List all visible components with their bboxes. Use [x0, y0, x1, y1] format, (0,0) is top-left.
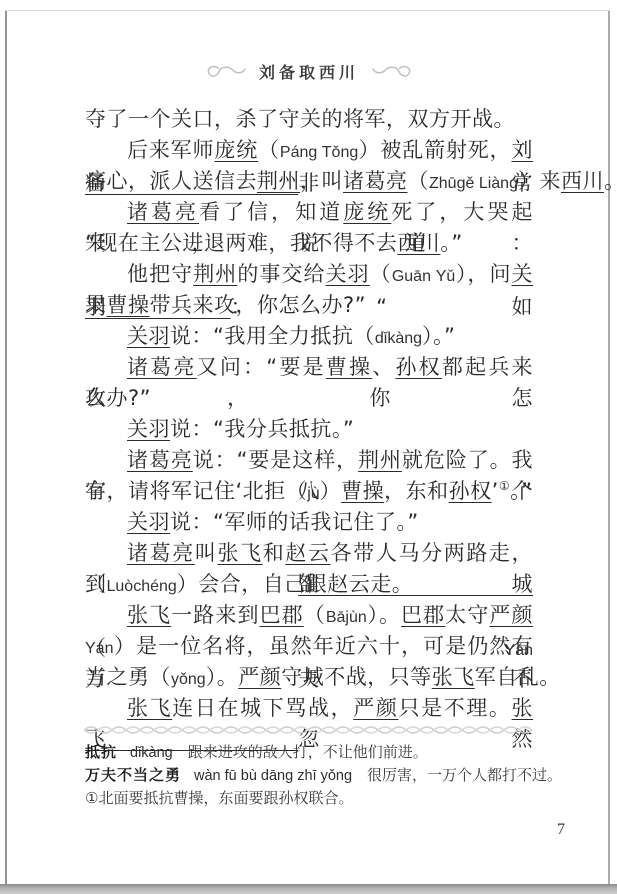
text-run: ）来 [518, 169, 561, 193]
vocab-note: 万夫不当之勇wàn fū bù dāng zhī yǒng很厉害，一万个人都打不… [85, 764, 545, 787]
text-run: 。 [604, 169, 617, 193]
pinyin-text: Luòchéng [107, 578, 177, 595]
proper-noun-underlined: 曹操 [341, 479, 384, 503]
pinyin-text: dǐkàng [375, 330, 422, 347]
proper-noun-underlined: 孙权 [449, 479, 492, 503]
pinyin-text: Guān Yǔ [392, 268, 455, 285]
proper-noun-underlined: 庞统 [343, 200, 391, 224]
text-run: 带兵来攻，你怎么办?” [150, 293, 367, 317]
page-number: 7 [549, 821, 573, 839]
text-run: 痛心，派人送信去 [85, 169, 257, 193]
text-run: 看了信，知道 [199, 200, 343, 224]
text-run: 和 [263, 541, 286, 565]
footnote-reference: ① [499, 479, 510, 493]
text-run: ，东和 [384, 479, 449, 503]
text-run: 连日在城下骂战， [172, 696, 353, 720]
proper-noun-underlined: 严颜 [238, 665, 281, 689]
text-run: 叫 [195, 541, 218, 565]
text-run: 、 [372, 355, 395, 379]
pinyin-text: Páng Tǒng [280, 144, 358, 161]
text-run: 果 [85, 293, 107, 317]
text-run: “现在主公进退两难，我不得不去 [85, 231, 397, 255]
text-run: （ [370, 262, 392, 286]
text-line: 关羽说：“军师的话我记住了。” [85, 507, 533, 538]
text-run: 太守 [445, 603, 489, 627]
text-line: 诸葛亮看了信，知道庞统死了，大哭起来，说道： [85, 197, 533, 228]
text-run: （ [408, 169, 430, 193]
page-frame-top-line [5, 10, 610, 11]
text-run: 说：“要是这样， [193, 448, 358, 472]
text-line: 夺了一个关口，杀了守关的将军，双方开战。 [85, 104, 533, 135]
text-run: （ [258, 138, 280, 162]
vocab-note: 抵抗dǐkàng跟来进攻的敌人打，不让他们前进。 [85, 741, 545, 764]
proper-noun-underlined: 张飞 [127, 603, 171, 627]
vocab-definition: 跟来进攻的敌人打，不让他们前进。 [188, 743, 428, 761]
text-line: 他把守荆州的事交给关羽（Guān Yǔ），问关羽：“如 [85, 259, 533, 290]
footnote-annotation: ①北面要抵抗曹操，东面要跟孙权联合。 [85, 787, 545, 809]
text-run: 夺了一个关口，杀了守关的将军，双方开战。 [85, 107, 515, 131]
text-line: 诸葛亮说：“要是这样，荆州就危险了。我有八个 [85, 445, 533, 476]
text-line: 张飞连日在城下骂战，严颜只是不理。张飞忽然 [85, 693, 533, 724]
pinyin-text: yǒng [171, 671, 206, 688]
text-line: 诸葛亮叫张飞和赵云各带人马分两路走，到雒城 [85, 538, 533, 569]
proper-noun-underlined: 诸葛亮 [343, 169, 408, 193]
proper-noun-underlined: 诸葛亮 [127, 200, 199, 224]
chapter-title: 刘备取西川 [259, 60, 359, 83]
proper-noun-underlined: 严颜 [353, 696, 398, 720]
text-run: 么办?” [85, 386, 151, 410]
text-run: 的事交给 [237, 262, 325, 286]
text-run: ）会合，自己跟 [177, 572, 328, 596]
text-run: 走。 [370, 572, 413, 596]
proper-noun-underlined: 诸葛亮 [127, 448, 193, 472]
text-run: 一路来到 [171, 603, 259, 627]
text-line: 后来军师庞统（Páng Tǒng）被乱箭射死，刘备非常 [85, 135, 533, 166]
vocab-term: 万夫不当之勇 [85, 766, 181, 784]
proper-noun-underlined: 张飞 [432, 665, 475, 689]
text-run: 说：“军师的话我记住了。” [170, 510, 419, 534]
proper-noun-underlined: 关羽 [326, 262, 370, 286]
page-bottom-shadow [0, 884, 617, 894]
footnotes-section: 抵抗dǐkàng跟来进攻的敌人打，不让他们前进。 万夫不当之勇wàn fū bù… [85, 741, 545, 809]
proper-noun-underlined: 荆州 [193, 262, 237, 286]
text-run: 只是不理。 [398, 696, 511, 720]
text-run: ） [320, 479, 342, 503]
text-line: 痛心，派人送信去荆州，叫诸葛亮（Zhūgě Liàng）来西川。 [85, 166, 533, 197]
text-line: 字，请将军记住‘北拒（jù）曹操，东和孙权’①。” [85, 476, 533, 507]
pinyin-text: Zhūgě Liàng [429, 175, 518, 192]
story-text: 夺了一个关口，杀了守关的将军，双方开战。后来军师庞统（Páng Tǒng）被乱箭… [85, 104, 533, 724]
proper-noun-underlined: 赵云 [285, 541, 330, 565]
text-run: （ [85, 572, 107, 596]
text-run: ），问 [455, 262, 511, 286]
text-run: ，叫 [300, 169, 343, 193]
proper-noun-underlined: 关羽 [127, 417, 170, 441]
pinyin-text: Bājùn [326, 609, 367, 626]
vocab-term: 抵抗 [85, 743, 117, 761]
text-run: ）。 [367, 603, 401, 627]
text-run: 后来军师 [127, 138, 214, 162]
text-line: 诸葛亮又问：“要是曹操、孙权都起兵来攻，你怎 [85, 352, 533, 383]
proper-noun-underlined: 严颜 [489, 603, 533, 627]
page-frame-right-line [608, 10, 610, 885]
text-line: Yán）是一位名将，虽然年近六十，可是仍然有万夫不 [85, 631, 533, 662]
text-run: （ [304, 603, 326, 627]
text-run: 他把守 [127, 262, 193, 286]
proper-noun-underlined: 张飞 [127, 696, 172, 720]
proper-noun-underlined: 荆州 [358, 448, 402, 472]
text-line: 张飞一路来到巴郡（Bājùn）。巴郡太守严颜（Yán [85, 600, 533, 631]
proper-noun-underlined: 赵云 [327, 572, 370, 596]
text-run: 又问：“要是 [197, 355, 326, 379]
text-run: 。” [510, 479, 532, 503]
proper-noun-underlined: 曹操 [107, 293, 150, 317]
proper-noun-underlined: 关羽 [127, 510, 170, 534]
text-run: ’ [492, 479, 499, 503]
page-header: 刘备取西川 [85, 58, 533, 84]
proper-noun-underlined: 巴郡 [260, 603, 304, 627]
proper-noun-underlined: 荆州 [257, 169, 300, 193]
proper-noun-underlined: 诸葛亮 [127, 355, 197, 379]
swash-ornament-icon [204, 63, 246, 79]
text-run: 说：“我用全力抵抗（ [170, 324, 375, 348]
text-run: 军自乱。 [475, 665, 561, 689]
text-run: ）。” [422, 324, 455, 348]
proper-noun-underlined: 诸葛亮 [127, 541, 195, 565]
proper-noun-underlined: 西川 [397, 231, 440, 255]
swash-ornament-icon [372, 63, 414, 79]
text-run: ）被乱箭射死， [358, 138, 511, 162]
text-run: 守城不战，只等 [281, 665, 432, 689]
proper-noun-underlined: 西川 [561, 169, 604, 193]
text-run: 字，请将军记住‘北拒（ [85, 479, 307, 503]
text-line: 当之勇（yǒng）。严颜守城不战，只等张飞军自乱。 [85, 662, 533, 693]
text-line: 关羽说：“我分兵抵抗。” [85, 414, 533, 445]
proper-noun-underlined: 巴郡 [401, 603, 445, 627]
vocab-pinyin: wàn fū bù dāng zhī yǒng [194, 768, 352, 784]
vocab-definition: 很厉害，一万个人都打不过。 [367, 766, 562, 784]
book-page: 刘备取西川 夺了一个关口，杀了守关的将军，双方开战。后来军师庞统（Páng Tǒ… [0, 0, 617, 894]
text-run: 。” [440, 231, 462, 255]
proper-noun-underlined: 关羽 [127, 324, 170, 348]
text-line: 关羽说：“我用全力抵抗（dǐkàng）。” [85, 321, 533, 352]
text-run: 当之勇（ [85, 665, 171, 689]
proper-noun-underlined: 孙权 [395, 355, 441, 379]
pinyin-text: jù [307, 485, 319, 502]
proper-noun-underlined: 张飞 [217, 541, 262, 565]
page-frame-left-line [5, 10, 7, 885]
pinyin-text: Yán [85, 640, 113, 657]
proper-noun-underlined: 曹操 [326, 355, 372, 379]
text-run: ）。 [206, 665, 239, 689]
proper-noun-underlined: 庞统 [214, 138, 258, 162]
text-run: 说：“我分兵抵抗。” [170, 417, 354, 441]
vocab-pinyin: dǐkàng [130, 745, 173, 761]
wavy-divider [84, 724, 534, 736]
